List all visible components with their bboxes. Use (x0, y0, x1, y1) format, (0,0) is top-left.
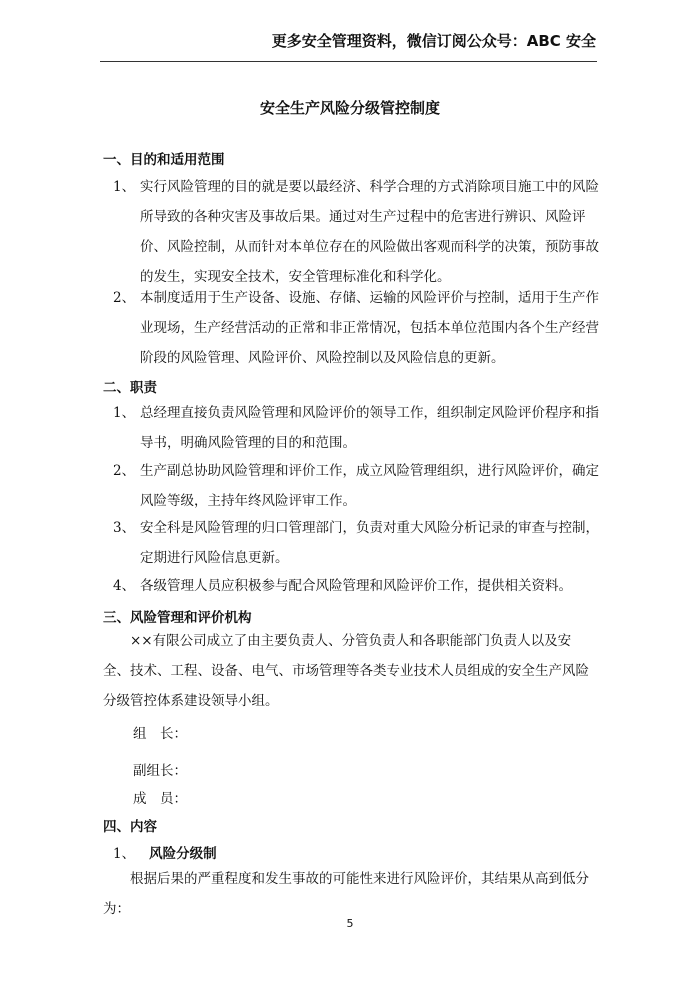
list-item: 1、 总经理直接负责风险管理和风险评价的领导工作，组织制定风险评价程序和指导书，… (113, 398, 603, 458)
item-text: 生产副总协助风险管理和评价工作，成立风险管理组织，进行风险评价，确定风险等级，主… (140, 456, 603, 516)
page-number: 5 (0, 917, 700, 930)
item-text: 安全科是风险管理的归口管理部门，负责对重大风险分析记录的审查与控制，定期进行风险… (140, 513, 603, 573)
item-number: 2、 (113, 456, 135, 486)
subsection-heading: 1、风险分级制 (113, 842, 217, 862)
list-item: 2、 生产副总协助风险管理和评价工作，成立风险管理组织，进行风险评价，确定风险等… (113, 456, 603, 516)
item-text: 总经理直接负责风险管理和风险评价的领导工作，组织制定风险评价程序和指导书，明确风… (140, 398, 603, 458)
item-text: 各级管理人员应积极参与配合风险管理和风险评价工作，提供相关资料。 (140, 571, 603, 601)
item-number: 4、 (113, 571, 135, 601)
header-divider (100, 61, 597, 62)
page-header: 更多安全管理资料，微信订阅公众号：ABC 安全 (0, 30, 596, 51)
member-deputy-label: 副组长： (133, 759, 187, 779)
member-leader-label: 组 长： (133, 722, 187, 742)
item-number: 3、 (113, 513, 135, 543)
list-item: 1、 实行风险管理的目的就是要以最经济、科学合理的方式消除项目施工中的风险所导致… (113, 172, 603, 292)
document-title: 安全生产风险分级管控制度 (0, 97, 700, 118)
item-text: 本制度适用于生产设备、设施、存储、运输的风险评价与控制，适用于生产作业现场，生产… (140, 283, 603, 373)
item-number: 2、 (113, 283, 135, 313)
list-item: 4、 各级管理人员应积极参与配合风险管理和风险评价工作，提供相关资料。 (113, 571, 603, 601)
item-text: 实行风险管理的目的就是要以最经济、科学合理的方式消除项目施工中的风险所导致的各种… (140, 172, 603, 292)
section-heading-organization: 三、风险管理和评价机构 (103, 606, 252, 626)
section-heading-duties: 二、职责 (103, 376, 157, 396)
content-paragraph: 根据后果的严重程度和发生事故的可能性来进行风险评价，其结果从高到低分为： (103, 864, 598, 924)
list-item: 2、 本制度适用于生产设备、设施、存储、运输的风险评价与控制，适用于生产作业现场… (113, 283, 603, 373)
list-item: 3、 安全科是风险管理的归口管理部门，负责对重大风险分析记录的审查与控制，定期进… (113, 513, 603, 573)
subsection-number: 1、 (113, 846, 135, 862)
section-heading-content: 四、内容 (103, 815, 157, 835)
subsection-label: 风险分级制 (149, 846, 217, 862)
item-number: 1、 (113, 172, 135, 202)
item-number: 1、 (113, 398, 135, 428)
section-heading-purpose: 一、目的和适用范围 (103, 148, 225, 168)
organization-paragraph: ××有限公司成立了由主要负责人、分管负责人和各职能部门负责人以及安全、技术、工程… (103, 626, 598, 716)
member-members-label: 成 员： (133, 787, 187, 807)
